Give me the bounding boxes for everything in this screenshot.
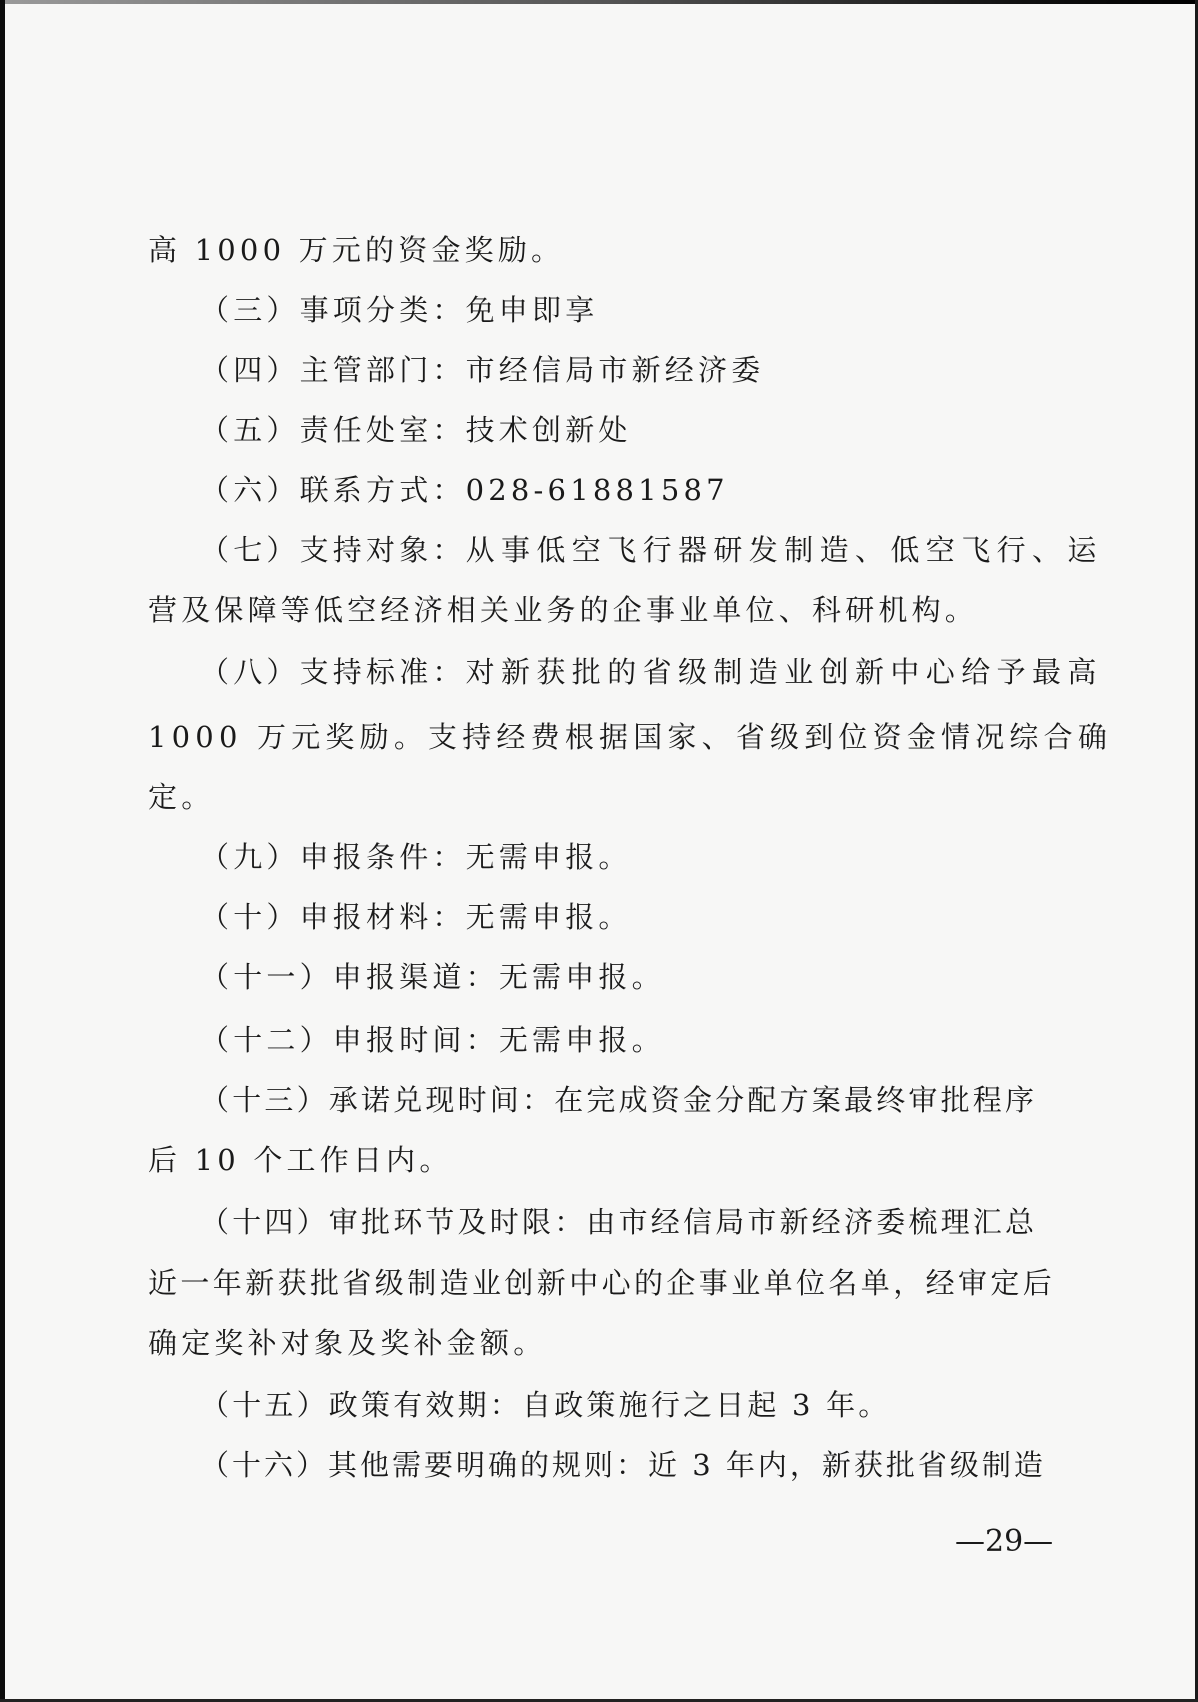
item-9-conditions: （九）申报条件：无需申报。: [200, 837, 1040, 877]
item-label: （十六）其他需要明确的规则：: [200, 1448, 648, 1482]
item-value: 近 3 年内，新获批省级制造: [648, 1448, 1046, 1482]
item-6-contact: （六）联系方式：028-61881587: [200, 470, 1040, 510]
scan-border-left: [0, 0, 5, 1702]
line-text: 1000 万元奖励。支持经费根据国家、省级到位资金情况综合确: [148, 720, 1112, 754]
item-label: （四）主管部门：: [200, 353, 466, 387]
item-label: （七）支持对象：: [200, 533, 466, 567]
item-16-other-rules: （十六）其他需要明确的规则：近 3 年内，新获批省级制造: [200, 1445, 1040, 1485]
item-7-target: （七）支持对象：从事低空飞行器研发制造、低空飞行、运: [200, 530, 1040, 570]
item-value: 在完成资金分配方案最终审批程序: [554, 1083, 1037, 1117]
line-text: 营及保障等低空经济相关业务的企事业单位、科研机构。: [148, 593, 978, 627]
item-10-materials: （十）申报材料：无需申报。: [200, 897, 1040, 937]
line-text: 后 10 个工作日内。: [148, 1143, 453, 1177]
item-label: （八）支持标准：: [200, 655, 466, 689]
item-7-target-continuation: 营及保障等低空经济相关业务的企事业单位、科研机构。: [148, 590, 1038, 630]
item-12-time: （十二）申报时间：无需申报。: [200, 1020, 1040, 1060]
item-value: 从事低空飞行器研发制造、低空飞行、运: [466, 533, 1103, 567]
item-13-fulfillment-continuation: 后 10 个工作日内。: [148, 1140, 1038, 1180]
item-value: 对新获批的省级制造业创新中心给予最高: [466, 655, 1103, 689]
item-3-category: （三）事项分类：免申即享: [200, 290, 1040, 330]
scan-border-top: [0, 0, 1198, 4]
item-11-channel: （十一）申报渠道：无需申报。: [200, 957, 1040, 997]
line-text: 近一年新获批省级制造业创新中心的企事业单位名单，经审定后: [148, 1266, 1055, 1300]
item-value: 免申即享: [466, 293, 599, 327]
item-label: （十四）审批环节及时限：: [200, 1205, 586, 1239]
item-value: 由市经信局市新经济委梳理汇总: [586, 1205, 1037, 1239]
item-value: 无需申报。: [466, 900, 632, 934]
page-number: —29—: [955, 1522, 1053, 1562]
item-14-approval-continuation: 近一年新获批省级制造业创新中心的企事业单位名单，经审定后: [148, 1263, 1038, 1303]
item-label: （三）事项分类：: [200, 293, 466, 327]
item-14-approval: （十四）审批环节及时限：由市经信局市新经济委梳理汇总: [200, 1202, 1040, 1242]
item-value: 技术创新处: [466, 413, 632, 447]
item-5-office: （五）责任处室：技术创新处: [200, 410, 1040, 450]
item-value: 自政策施行之日起 3 年。: [522, 1388, 891, 1422]
item-8-standard: （八）支持标准：对新获批的省级制造业创新中心给予最高: [200, 652, 1040, 692]
item-8-standard-continuation-2: 定。: [148, 777, 1038, 817]
line-text: 定。: [148, 780, 214, 814]
item-15-validity: （十五）政策有效期：自政策施行之日起 3 年。: [200, 1385, 1040, 1425]
item-value: 028-61881587: [466, 473, 729, 507]
item-4-department: （四）主管部门：市经信局市新经济委: [200, 350, 1040, 390]
item-value: 无需申报。: [499, 1023, 665, 1057]
line-text: 高 1000 万元的资金奖励。: [148, 233, 564, 267]
item-label: （五）责任处室：: [200, 413, 466, 447]
item-value: 市经信局市新经济委: [466, 353, 765, 387]
item-label: （十二）申报时间：: [200, 1023, 499, 1057]
item-label: （六）联系方式：: [200, 473, 466, 507]
item-8-standard-continuation: 1000 万元奖励。支持经费根据国家、省级到位资金情况综合确: [148, 717, 1038, 757]
item-label: （十）申报材料：: [200, 900, 466, 934]
item-value: 无需申报。: [466, 840, 632, 874]
item-label: （十一）申报渠道：: [200, 960, 499, 994]
item-label: （十五）政策有效期：: [200, 1388, 522, 1422]
item-label: （九）申报条件：: [200, 840, 466, 874]
line-text: 确定奖补对象及奖补金额。: [148, 1326, 546, 1360]
text-line-award-continuation: 高 1000 万元的资金奖励。: [148, 230, 1038, 270]
item-14-approval-continuation-2: 确定奖补对象及奖补金额。: [148, 1323, 1038, 1363]
item-13-fulfillment: （十三）承诺兑现时间：在完成资金分配方案最终审批程序: [200, 1080, 1040, 1120]
item-value: 无需申报。: [499, 960, 665, 994]
item-label: （十三）承诺兑现时间：: [200, 1083, 554, 1117]
